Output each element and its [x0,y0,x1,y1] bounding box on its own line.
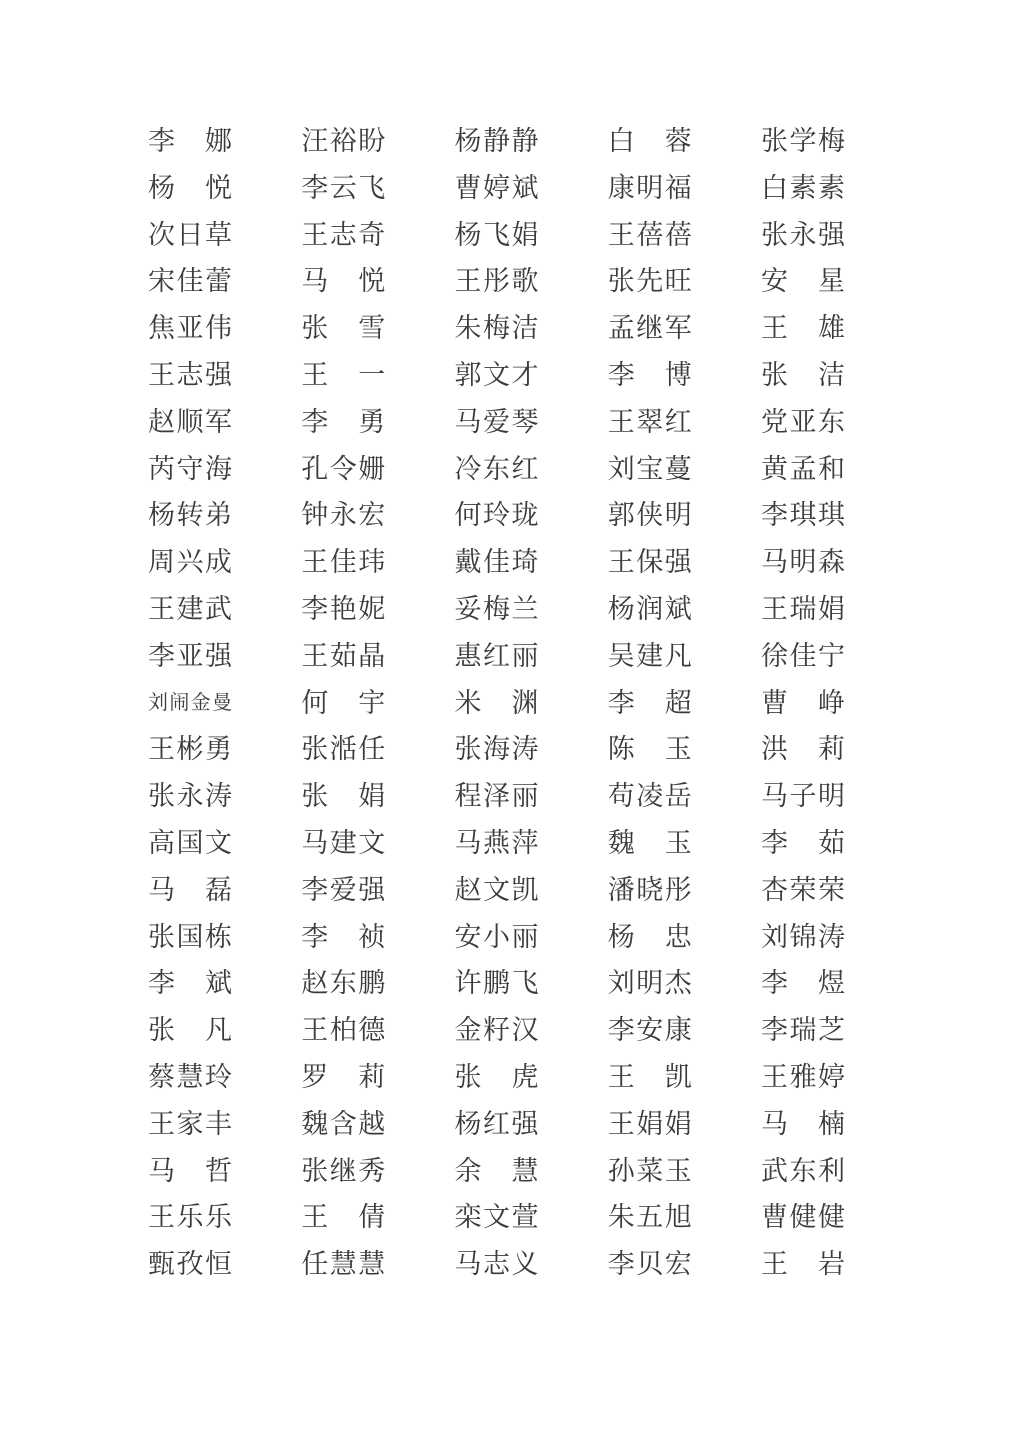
name-cell: 王瑞娟 [761,586,845,633]
name-cell: 周兴成 [148,539,232,586]
name-cell: 刘闹金曼 [148,680,232,727]
name-cell: 何宇 [301,680,385,727]
name-cell: 张国栋 [148,914,232,961]
name-cell: 惠红丽 [455,633,539,680]
name-cell: 赵东鹏 [301,960,385,1007]
name-cell: 李贝宏 [608,1241,692,1288]
name-cell: 朱五旭 [608,1194,692,1241]
name-cell: 李勇 [301,399,385,446]
name-cell: 张雪 [301,305,385,352]
name-cell: 张湉任 [301,726,385,773]
name-cell: 王保强 [608,539,692,586]
name-cell: 魏玉 [608,820,692,867]
name-cell: 孟继军 [608,305,692,352]
name-cell: 张先旺 [608,258,692,305]
name-cell: 李艳妮 [301,586,385,633]
name-cell: 王凯 [608,1054,692,1101]
name-cell: 李琪琪 [761,492,845,539]
name-cell: 张永强 [761,212,845,259]
name-cell: 李爱强 [301,867,385,914]
name-cell: 任慧慧 [301,1241,385,1288]
name-cell: 栾文萱 [455,1194,539,1241]
name-cell: 张洁 [761,352,845,399]
name-cell: 李娜 [148,118,232,165]
name-cell: 马悦 [301,258,385,305]
name-cell: 王翠红 [608,399,692,446]
name-cell: 程泽丽 [455,773,539,820]
name-cell: 安星 [761,258,845,305]
name-cell: 杨静静 [455,118,539,165]
name-cell: 王彬勇 [148,726,232,773]
name-cell: 魏含越 [301,1101,385,1148]
name-cell: 刘宝蔓 [608,446,692,493]
name-cell: 王雅婷 [761,1054,845,1101]
name-cell: 郭侠明 [608,492,692,539]
name-cell: 杨润斌 [608,586,692,633]
name-cell: 王蓓蓓 [608,212,692,259]
name-cell: 李亚强 [148,633,232,680]
name-cell: 李云飞 [301,165,385,212]
name-cell: 曹健健 [761,1194,845,1241]
name-cell: 张虎 [455,1054,539,1101]
name-cell: 康明福 [608,165,692,212]
name-cell: 王茹晶 [301,633,385,680]
name-cell: 冷东红 [455,446,539,493]
name-cell: 张继秀 [301,1148,385,1195]
name-cell: 金籽汉 [455,1007,539,1054]
name-cell: 李超 [608,680,692,727]
name-cell: 马志义 [455,1241,539,1288]
name-cell: 蔡慧玲 [148,1054,232,1101]
name-cell: 张学梅 [761,118,845,165]
name-cell: 芮守海 [148,446,232,493]
name-cell: 赵文凯 [455,867,539,914]
name-cell: 许鹏飞 [455,960,539,1007]
name-cell: 李斌 [148,960,232,1007]
name-cell: 王娟娟 [608,1101,692,1148]
name-cell: 李瑞芝 [761,1007,845,1054]
name-cell: 王家丰 [148,1101,232,1148]
name-cell: 杨红强 [455,1101,539,1148]
name-cell: 曹峥 [761,680,845,727]
name-cell: 李博 [608,352,692,399]
name-cell: 刘锦涛 [761,914,845,961]
name-cell: 杨忠 [608,914,692,961]
name-cell: 杨悦 [148,165,232,212]
name-cell: 张凡 [148,1007,232,1054]
name-cell: 张娟 [301,773,385,820]
name-cell: 何玲珑 [455,492,539,539]
name-cell: 米渊 [455,680,539,727]
name-cell: 武东利 [761,1148,845,1195]
name-cell: 苟凌岳 [608,773,692,820]
name-cell: 李煜 [761,960,845,1007]
name-cell: 白素素 [761,165,845,212]
name-cell: 王志奇 [301,212,385,259]
name-cell: 甄孜恒 [148,1241,232,1288]
name-cell: 宋佳蕾 [148,258,232,305]
name-cell: 马哲 [148,1148,232,1195]
name-cell: 焦亚伟 [148,305,232,352]
name-cell: 杨飞娟 [455,212,539,259]
name-cell: 汪裕盼 [301,118,385,165]
name-grid: 李娜汪裕盼杨静静白蓉张学梅杨悦李云飞曹婷斌康明福白素素次日草王志奇杨飞娟王蓓蓓张… [148,118,845,1288]
name-cell: 白蓉 [608,118,692,165]
name-cell: 王岩 [761,1241,845,1288]
document-page: 李娜汪裕盼杨静静白蓉张学梅杨悦李云飞曹婷斌康明福白素素次日草王志奇杨飞娟王蓓蓓张… [0,0,1024,1448]
name-cell: 王柏德 [301,1007,385,1054]
name-cell: 马明森 [761,539,845,586]
name-cell: 妥梅兰 [455,586,539,633]
name-cell: 马磊 [148,867,232,914]
name-cell: 钟永宏 [301,492,385,539]
name-cell: 张永涛 [148,773,232,820]
name-cell: 王雄 [761,305,845,352]
name-cell: 潘晓彤 [608,867,692,914]
name-cell: 次日草 [148,212,232,259]
name-cell: 朱梅洁 [455,305,539,352]
name-cell: 杏荣荣 [761,867,845,914]
name-cell: 安小丽 [455,914,539,961]
name-cell: 余慧 [455,1148,539,1195]
name-cell: 徐佳宁 [761,633,845,680]
name-cell: 高国文 [148,820,232,867]
name-cell: 王彤歌 [455,258,539,305]
name-cell: 马建文 [301,820,385,867]
name-cell: 王乐乐 [148,1194,232,1241]
name-cell: 郭文才 [455,352,539,399]
name-cell: 杨转弟 [148,492,232,539]
name-cell: 王建武 [148,586,232,633]
name-cell: 曹婷斌 [455,165,539,212]
name-cell: 党亚东 [761,399,845,446]
name-cell: 马爱琴 [455,399,539,446]
name-cell: 李茹 [761,820,845,867]
name-cell: 马楠 [761,1101,845,1148]
name-cell: 刘明杰 [608,960,692,1007]
name-cell: 吴建凡 [608,633,692,680]
name-cell: 张海涛 [455,726,539,773]
name-cell: 赵顺军 [148,399,232,446]
name-cell: 马燕萍 [455,820,539,867]
name-cell: 李安康 [608,1007,692,1054]
name-cell: 孙菜玉 [608,1148,692,1195]
name-cell: 李祯 [301,914,385,961]
name-cell: 黄孟和 [761,446,845,493]
name-cell: 王倩 [301,1194,385,1241]
name-cell: 罗莉 [301,1054,385,1101]
name-cell: 王志强 [148,352,232,399]
name-cell: 戴佳琦 [455,539,539,586]
name-cell: 洪莉 [761,726,845,773]
name-cell: 马子明 [761,773,845,820]
name-cell: 陈玉 [608,726,692,773]
name-cell: 王一 [301,352,385,399]
name-cell: 孔令姗 [301,446,385,493]
name-cell: 王佳玮 [301,539,385,586]
